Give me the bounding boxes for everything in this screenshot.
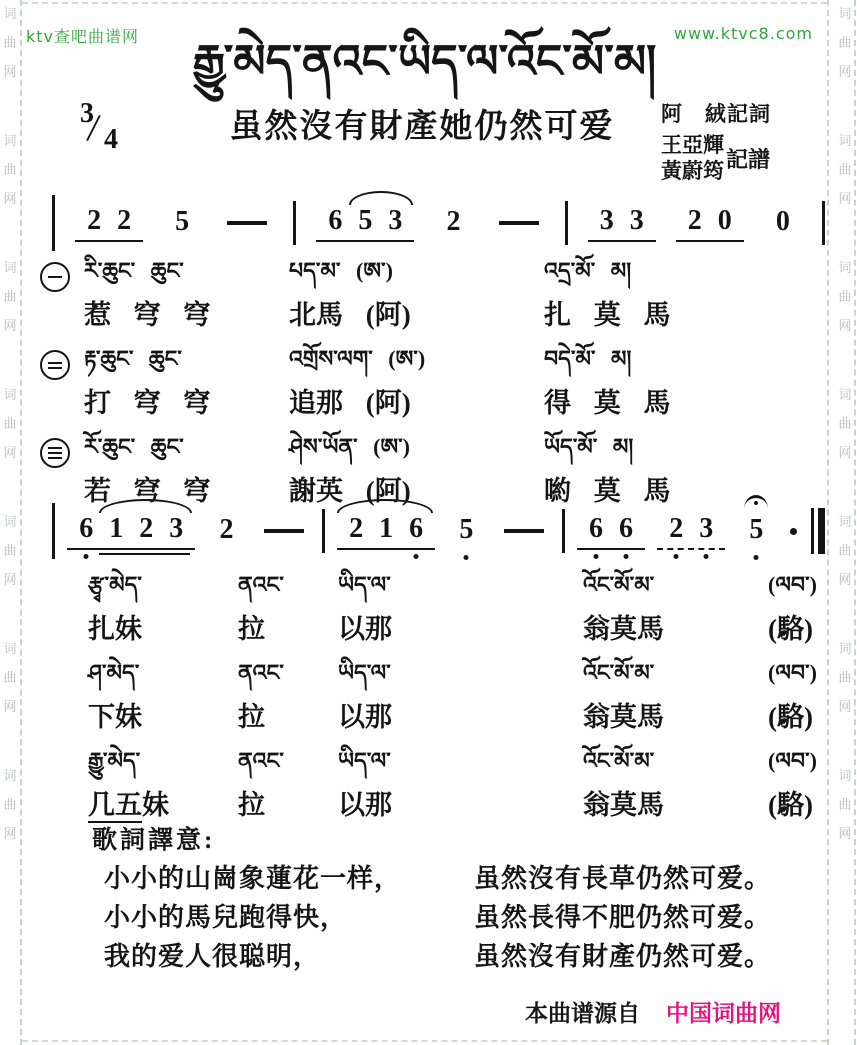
chinese-lyric-cell: 下妹: [88, 695, 238, 734]
second-underline: [99, 553, 190, 555]
watermark-char: 词: [3, 516, 16, 529]
low-octave-dot: [623, 554, 628, 559]
augmentation-dot: [790, 528, 797, 535]
watermark-char: 网: [3, 574, 16, 587]
watermark-char: 网: [3, 828, 16, 841]
watermark-char: 曲: [3, 545, 16, 558]
tibetan-lyric-row: རི་ཆུང་ ཆུང་པད་མ་ (ཨ་)འདྲ་མོ་ མ།: [22, 246, 827, 292]
watermark-char: 词: [3, 389, 16, 402]
chinese-lyric-cell: 拉: [238, 783, 338, 822]
note: 2: [131, 514, 161, 545]
note: 0: [768, 207, 798, 238]
note-group: 6123: [67, 512, 195, 550]
dash-note: [264, 529, 304, 533]
chinese-lyric-cell: (駱): [768, 607, 857, 646]
watermark-char: 词: [3, 8, 16, 21]
note: 3: [622, 206, 652, 237]
chinese-lyric-cell: 惹 穹 穹: [84, 293, 289, 332]
verse: རི་ཆུང་ ཆུང་པད་མ་ (ཨ་)འདྲ་མོ་ མ།惹 穹 穹北馬 …: [22, 246, 827, 332]
note: 2: [341, 514, 371, 545]
footer-source-site-link[interactable]: 中国词曲网: [666, 995, 781, 1028]
slur-arc: [349, 191, 412, 205]
watermark-char: 网: [838, 320, 851, 333]
note: 3: [691, 514, 721, 545]
watermark-char: 网: [838, 828, 851, 841]
translation-row: 小小的馬兒跑得快，虽然長得不肥仍然可爱。: [104, 897, 787, 936]
watermark-char: 网: [838, 66, 851, 79]
marker-line: [48, 447, 62, 449]
footer-source-prefix: 本曲谱源自: [525, 995, 640, 1028]
note: 3: [161, 514, 191, 545]
watermark-char: 词: [838, 8, 851, 21]
watermark-char: 曲: [838, 545, 851, 558]
chinese-lyric-cell: 几五妹: [88, 783, 238, 822]
chinese-lyric-cell: 拉: [238, 607, 338, 646]
barline: [565, 201, 568, 245]
left-watermark-column: 词曲网词曲网词曲网词曲网词曲网词曲网词曲网: [1, 0, 19, 1045]
credits-block: 阿 絨記詞 王亞輝 黃蔚筠 記譜: [661, 98, 821, 185]
marker-line: [48, 457, 62, 459]
chinese-lyric-cell: 扎妹: [88, 607, 238, 646]
translation-row: 小小的山崗象蓮花一样，虽然沒有長草仍然可爱。: [104, 858, 787, 897]
note: 3: [592, 206, 622, 237]
note-group: 66: [577, 512, 645, 550]
underlined-syllable: 几五: [88, 790, 142, 823]
tibetan-lyric-row: རོ་ཆུང་ ཆུང་ཤེས་ཡོན་ (ཨ་)ཡོད་མོ་ མ།: [22, 422, 827, 468]
watermark-char: 曲: [3, 418, 16, 431]
chinese-lyric-row: 下妹拉以那翁莫馬(駱): [22, 694, 827, 734]
watermark-char: 词: [3, 262, 16, 275]
chinese-lyric-cell: 以那: [338, 783, 583, 822]
chinese-lyric-cell: 翁莫馬: [583, 783, 768, 822]
note: 1: [371, 514, 401, 545]
tibetan-lyric-row: རྒྱུ་མེད་ནའང་ཡིད་ལ་འོང་མོ་མ་(ལབ་): [22, 736, 827, 782]
note-group: 20: [676, 204, 744, 242]
low-octave-dot: [704, 554, 709, 559]
tibetan-lyric-row: ཤ་མེད་ནའང་ཡིད་ལ་འོང་མོ་མ་(ལབ་): [22, 648, 827, 694]
verse-block-2: རྩྭ་མེད་ནའང་ཡིད་ལ་འོང་མོ་མ་(ལབ་)扎妹拉以那翁莫馬…: [22, 560, 827, 824]
note: 2: [211, 515, 241, 546]
low-octave-dot: [593, 554, 598, 559]
low-octave-dot: [414, 554, 419, 559]
low-octave-dot: [84, 554, 89, 559]
verse: རོ་ཆུང་ ཆུང་ཤེས་ཡོན་ (ཨ་)ཡོད་མོ་ མ།若 穹 穹…: [22, 422, 827, 508]
chinese-lyric-row: 打 穹 穹追那 (阿)得 莫 馬: [22, 380, 827, 420]
time-signature: 3 / 4: [74, 102, 134, 164]
chinese-lyric-cell: 以那: [338, 695, 583, 734]
watermark-char: 网: [3, 66, 16, 79]
marker-line: [48, 452, 62, 454]
note-group: 33: [588, 204, 656, 242]
verse: རྩྭ་མེད་ནའང་ཡིད་ལ་འོང་མོ་མ་(ལབ་)扎妹拉以那翁莫馬…: [22, 560, 827, 646]
chinese-lyric-cell: 以那: [338, 607, 583, 646]
watermark-char: 曲: [3, 164, 16, 177]
translation-rows: 小小的山崗象蓮花一样，虽然沒有長草仍然可爱。小小的馬兒跑得快，虽然長得不肥仍然可…: [104, 858, 787, 975]
chinese-lyric-cell: 得 莫 馬: [544, 381, 794, 420]
right-outer-dashed-border: [854, 0, 856, 1045]
note: 5: [167, 207, 197, 238]
note: 0: [710, 206, 740, 237]
translation-heading: 歌詞譯意:: [92, 820, 215, 856]
chinese-lyric-cell: 追那 (阿): [289, 381, 544, 420]
marker-line: [48, 367, 62, 369]
chinese-lyric-cell: 打 穹 穹: [84, 381, 289, 420]
chinese-lyric-row: 扎妹拉以那翁莫馬(駱): [22, 606, 827, 646]
chinese-lyric-row: 几五妹拉以那翁莫馬(駱): [22, 782, 827, 822]
score-credit-role: 記譜: [726, 143, 770, 174]
chinese-lyric-cell: 翁莫馬: [583, 607, 768, 646]
tibetan-lyric-row: རྩྭ་མེད་ནའང་ཡིད་ལ་འོང་མོ་མ་(ལབ་): [22, 560, 827, 606]
right-inner-dashed-border: [827, 0, 829, 1045]
score-content: ktv查吧曲谱网 www.ktvc8.com རྒྱུ་མེད་ནའང་ཡིད་…: [22, 0, 827, 1045]
note: 1: [101, 514, 131, 545]
note-group: 0: [764, 205, 802, 241]
verse: རྟ་ཆུང་ ཆུང་འགྲོས་ལག་ (ཨ་)བདེ་མོ་ མ།打 穹 …: [22, 334, 827, 420]
translation-right: 虽然沒有長草仍然可爱。: [474, 858, 787, 897]
watermark-char: 词: [838, 516, 851, 529]
watermark-char: 曲: [838, 291, 851, 304]
watermark-char: 词: [3, 643, 16, 656]
chinese-lyric-row: 惹 穹 穹北馬 (阿)扎 莫 馬: [22, 292, 827, 332]
verse-number-marker: [40, 262, 70, 292]
verse: ཤ་མེད་ནའང་ཡིད་ལ་འོང་མོ་མ་(ལབ་)下妹拉以那翁莫馬(駱…: [22, 648, 827, 734]
watermark-char: 网: [3, 447, 16, 460]
chinese-lyric-row: 若 穹 穹謝英 (阿)喲 莫 馬: [22, 468, 827, 508]
translation-right: 虽然長得不肥仍然可爱。: [474, 897, 787, 936]
tibetan-song-title: རྒྱུ་མེད་ནའང་ཡིད་ལ་འོང་མོ་མ།: [22, 34, 827, 89]
barline: [293, 201, 296, 245]
note: 5: [741, 515, 771, 546]
watermark-char: 词: [838, 389, 851, 402]
note-group: 5: [163, 205, 201, 241]
translation-row: 我的爱人很聪明，虽然沒有財產仍然可爱。: [104, 936, 787, 975]
watermark-char: 词: [3, 135, 16, 148]
watermark-char: 曲: [3, 291, 16, 304]
note-group: 653: [316, 204, 414, 242]
note: 6: [611, 514, 641, 545]
verse-block-1: རི་ཆུང་ ཆུང་པད་མ་ (ཨ་)འདྲ་མོ་ མ།惹 穹 穹北馬 …: [22, 246, 827, 510]
verse: རྒྱུ་མེད་ནའང་ཡིད་ལ་འོང་མོ་མ་(ལབ་)几五妹拉以那翁…: [22, 736, 827, 822]
final-barline: [811, 508, 825, 554]
watermark-char: 网: [838, 447, 851, 460]
watermark-char: 词: [3, 770, 16, 783]
verse-number-marker: [40, 350, 70, 380]
watermark-char: 网: [3, 701, 16, 714]
tibetan-lyric-row: རྟ་ཆུང་ ཆུང་འགྲོས་ལག་ (ཨ་)བདེ་མོ་ མ།: [22, 334, 827, 380]
verse-number-marker: [40, 438, 70, 468]
note: 5: [350, 206, 380, 237]
score-credit-name: 黃蔚筠: [661, 158, 724, 184]
watermark-char: 网: [838, 193, 851, 206]
translation-left: 我的爱人很聪明，: [104, 936, 474, 975]
note-group: 23: [657, 512, 725, 550]
dash-note: [227, 221, 267, 225]
chinese-lyric-cell: 北馬 (阿): [289, 293, 544, 332]
translation-left: 小小的馬兒跑得快，: [104, 897, 474, 936]
note: 5: [451, 515, 481, 546]
watermark-char: 曲: [838, 164, 851, 177]
chinese-lyric-cell: 拉: [238, 695, 338, 734]
notation-line-1: 225653233200: [52, 192, 825, 254]
low-octave-dot: [674, 554, 679, 559]
verse-marker-cell: [40, 262, 84, 292]
barline: [52, 503, 55, 559]
verse-marker-cell: [40, 350, 84, 380]
translation-right: 虽然沒有財產仍然可爱。: [474, 936, 787, 975]
score-credit-name: 王亞輝: [661, 132, 724, 158]
marker-line: [48, 276, 62, 278]
note-group: 5: [447, 513, 485, 549]
footer-source: 本曲谱源自 中国词曲网: [525, 995, 781, 1028]
chinese-lyric-cell: 若 穹 穹: [84, 469, 289, 508]
watermark-char: 词: [838, 262, 851, 275]
watermark-char: 曲: [838, 37, 851, 50]
note: 2: [79, 206, 109, 237]
note-group: 22: [75, 204, 143, 242]
note-group: 2: [434, 205, 472, 241]
score-credit-names: 王亞輝 黃蔚筠: [661, 132, 724, 185]
note: 6: [71, 514, 101, 545]
barline: [52, 195, 55, 251]
verse-marker-cell: [40, 438, 84, 468]
note-group: 2: [207, 513, 245, 549]
watermark-char: 网: [3, 193, 16, 206]
watermark-char: 曲: [3, 672, 16, 685]
barline: [322, 509, 325, 553]
final-barline-thick: [818, 508, 825, 554]
syllable: 妹: [142, 790, 169, 820]
note: 6: [320, 206, 350, 237]
score-credit: 王亞輝 黃蔚筠 記譜: [661, 132, 821, 185]
lyrics-credit: 阿 絨記詞: [661, 98, 821, 128]
dash-note: [504, 529, 544, 533]
watermark-char: 曲: [3, 799, 16, 812]
note: 2: [438, 207, 468, 238]
barline: [822, 201, 825, 245]
time-signature-denominator: 4: [104, 124, 118, 156]
chinese-lyric-cell: 謝英 (阿): [289, 469, 544, 508]
chinese-lyric-cell: 喲 莫 馬: [544, 469, 794, 508]
note-group: 216: [337, 512, 435, 550]
note-group: 5: [737, 513, 775, 549]
marker-line: [48, 362, 62, 364]
note: 2: [661, 514, 691, 545]
note: 3: [380, 206, 410, 237]
dash-note: [499, 221, 539, 225]
note: 6: [401, 514, 431, 545]
barline: [562, 509, 565, 553]
note: 2: [680, 206, 710, 237]
chinese-lyric-cell: 扎 莫 馬: [544, 293, 794, 332]
translation-left: 小小的山崗象蓮花一样，: [104, 858, 474, 897]
sheet-music-page: 词曲网词曲网词曲网词曲网词曲网词曲网词曲网 词曲网词曲网词曲网词曲网词曲网词曲网…: [0, 0, 857, 1045]
watermark-char: 词: [838, 135, 851, 148]
chinese-lyric-cell: 翁莫馬: [583, 695, 768, 734]
final-barline-thin: [811, 508, 814, 554]
watermark-char: 曲: [838, 418, 851, 431]
watermark-char: 曲: [3, 37, 16, 50]
note: 6: [581, 514, 611, 545]
chinese-lyric-cell: (駱): [768, 695, 857, 734]
chinese-lyric-cell: (駱): [768, 783, 857, 822]
right-watermark-column: 词曲网词曲网词曲网词曲网词曲网词曲网词曲网: [836, 0, 854, 1045]
note: 2: [109, 206, 139, 237]
watermark-char: 网: [3, 320, 16, 333]
chinese-song-title: 虽然沒有財產她仍然可爱: [202, 100, 642, 147]
